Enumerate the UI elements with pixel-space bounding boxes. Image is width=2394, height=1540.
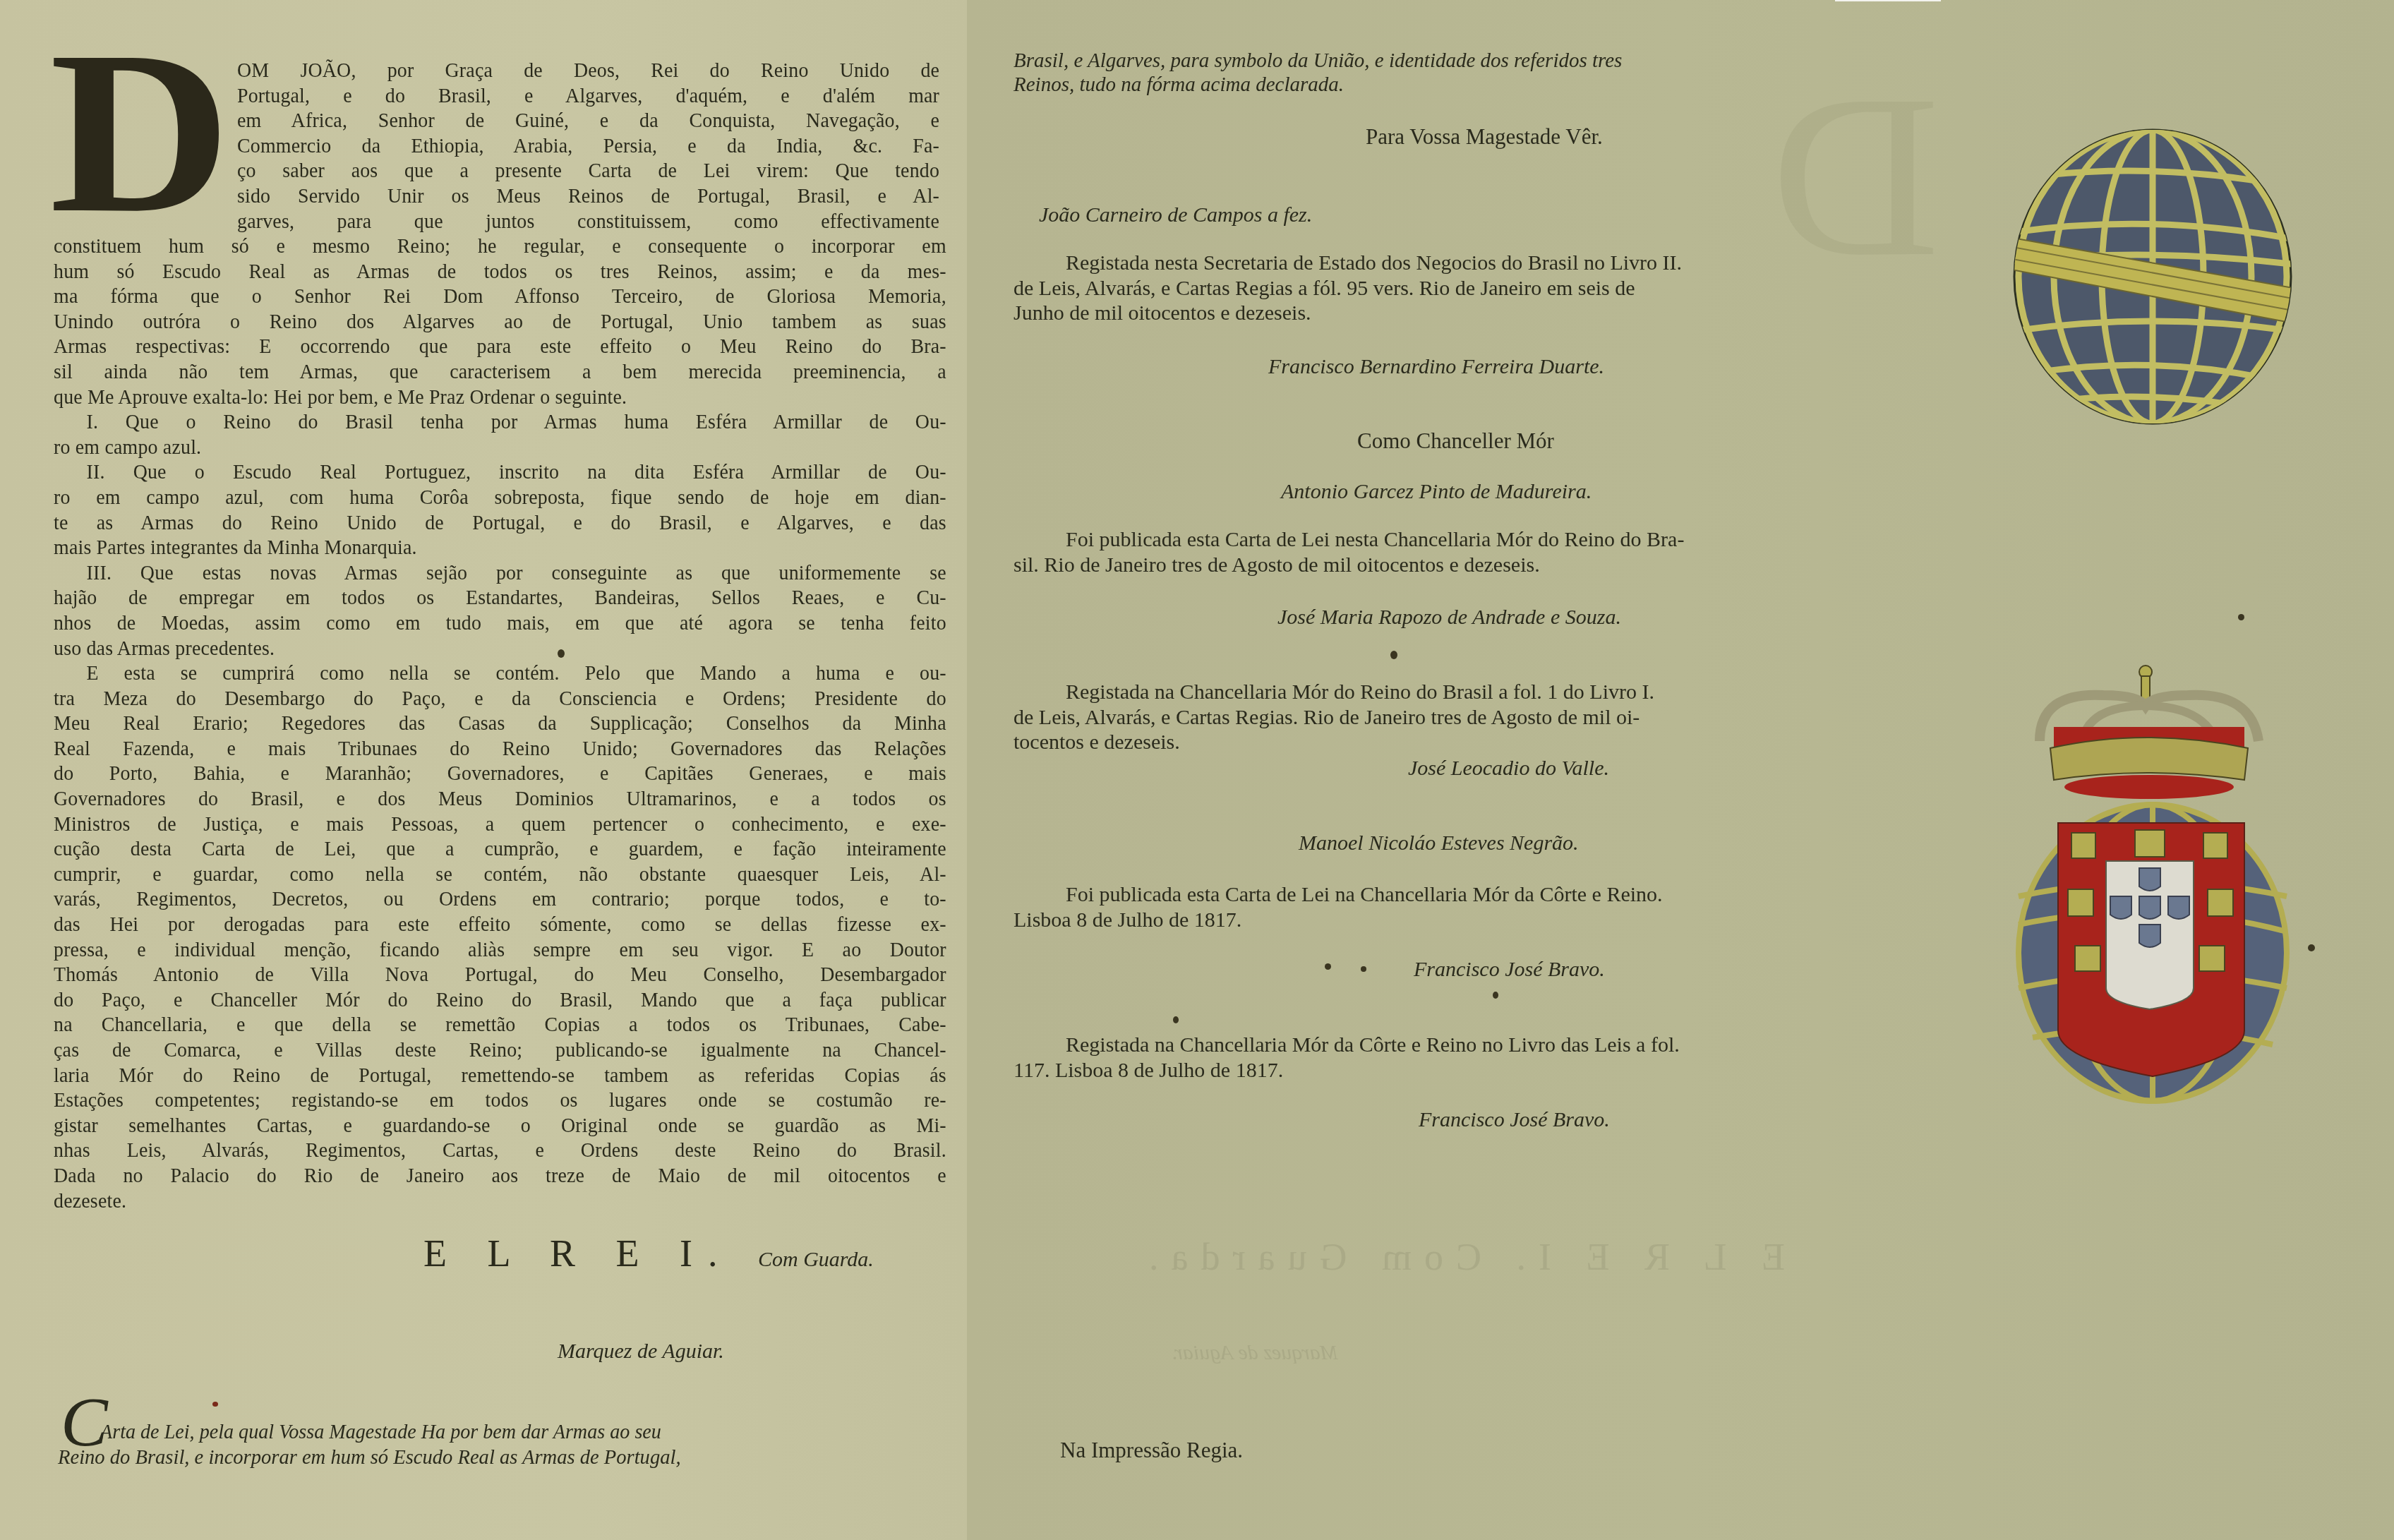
text-line: cução desta Carta de Lei, que a cumprão,… xyxy=(54,836,946,862)
signature-minister: Marquez de Aguiar. xyxy=(558,1340,724,1364)
para-vossa-magestade: Para Vossa Magestade Vêr. xyxy=(1366,124,1603,150)
text-line: tocentos e dezeseis. xyxy=(1013,730,1654,755)
footer-title-line2: Reino do Brasil, e incorporar em hum só … xyxy=(58,1446,681,1469)
text-line: que Me Aprouve exalta-lo: Hei por bem, e… xyxy=(54,385,946,410)
text-line: 117. Lisboa 8 de Julho de 1817. xyxy=(1013,1058,1680,1083)
bleed-through-elrei: E L R E I. Com Guarda. xyxy=(1136,1235,1785,1279)
text-line: hajão de empregar em todos os Estandarte… xyxy=(54,585,946,610)
text-line: nhos de Moedas, assim como em tudo mais,… xyxy=(54,610,946,636)
text-line: varás, Regimentos, Decretos, ou Ordens e… xyxy=(54,886,946,912)
registration-3: Registada na Chancellaria Mór da Côrte e… xyxy=(1013,1033,1680,1083)
text-line: Armas respectivas: E occorrendo que para… xyxy=(54,334,946,359)
text-line: Commercio da Ethiopia, Arabia, Persia, e… xyxy=(237,133,939,159)
ink-speck xyxy=(2238,614,2244,620)
text-line: gistar semelhantes Cartas, e guardando-s… xyxy=(54,1113,946,1138)
text-line: Foi publicada esta Carta de Lei nesta Ch… xyxy=(1013,527,1684,553)
continuation-line2: Reinos, tudo na fórma acima declarada. xyxy=(1013,73,1344,97)
printer-imprint: Na Impressão Regia. xyxy=(1060,1438,1243,1463)
crown-icon xyxy=(2040,666,2258,799)
text-line: cumprir, e guardar, como nella se contém… xyxy=(54,862,946,887)
body-text: constituem hum só e mesmo Reino; he regu… xyxy=(54,234,946,1213)
publication-2: Foi publicada esta Carta de Lei na Chanc… xyxy=(1013,882,1663,932)
text-line: pressa, e individual menção, ficando ali… xyxy=(54,937,946,963)
text-line: sil. Rio de Janeiro tres de Agosto de mi… xyxy=(1013,553,1684,578)
text-line: ço saber aos que a presente Carta de Lei… xyxy=(237,158,939,184)
signature-ferreira-duarte: Francisco Bernardino Ferreira Duarte. xyxy=(1268,355,1604,379)
text-line: Ministros de Justiça, e mais Pessoas, a … xyxy=(54,812,946,837)
signature-jose-bravo-2: Francisco José Bravo. xyxy=(1419,1108,1610,1132)
text-line: garves, para que juntos constituissem, c… xyxy=(237,209,939,234)
ink-speck xyxy=(1390,651,1397,659)
signature-rapozo-souza: José Maria Rapozo de Andrade e Souza. xyxy=(1277,606,1621,630)
text-line: uso das Armas precedentes. xyxy=(54,636,946,661)
text-line: de Leis, Alvarás, e Cartas Regias. Rio d… xyxy=(1013,705,1654,730)
text-line: sido Servido Unir os Meus Reinos de Port… xyxy=(237,184,939,209)
scribe-line: João Carneiro de Campos a fez. xyxy=(1039,203,1312,227)
ink-speck xyxy=(1361,966,1366,972)
publication-1: Foi publicada esta Carta de Lei nesta Ch… xyxy=(1013,527,1684,577)
text-line: dezesete. xyxy=(54,1189,946,1214)
ink-speck xyxy=(558,649,565,658)
ink-speck xyxy=(1173,1016,1179,1023)
ink-speck-red xyxy=(212,1402,218,1407)
text-line: E esta se cumprirá como nella se contém.… xyxy=(54,661,946,686)
text-line: ro em campo azul. xyxy=(54,435,946,460)
text-line: Governadores do Brasil, e dos Meus Domin… xyxy=(54,786,946,812)
text-line: laria Mór do Reino de Portugal, remetten… xyxy=(54,1063,946,1088)
text-line: mais Partes integrantes da Minha Monarqu… xyxy=(54,535,946,560)
text-line: hum só Escudo Real as Armas de todos os … xyxy=(54,259,946,284)
elrei-text: E L R E I. xyxy=(423,1232,733,1275)
text-line: tra Meza do Desembargo do Paço, e da Con… xyxy=(54,686,946,711)
ink-speck xyxy=(1493,992,1498,999)
crowned-royal-arms-illustration xyxy=(2011,656,2322,1122)
armillary-sphere-illustration xyxy=(2004,120,2301,431)
bleed-through-drop-cap: D xyxy=(1772,85,1939,268)
registration-1: Registada nesta Secretaria de Estado dos… xyxy=(1013,251,1682,326)
ink-speck xyxy=(1325,963,1331,970)
text-line: III. Que estas novas Armas sejão por con… xyxy=(54,560,946,586)
text-line: constituem hum só e mesmo Reino; he regu… xyxy=(54,234,946,259)
text-line: Foi publicada esta Carta de Lei na Chanc… xyxy=(1013,882,1663,908)
text-line: ma fórma que o Senhor Rei Dom Affonso Te… xyxy=(54,284,946,309)
signature-king: E L R E I. Com Guarda. xyxy=(423,1232,874,1275)
text-line: Lisboa 8 de Julho de 1817. xyxy=(1013,908,1663,933)
como-chanceller-mor: Como Chanceller Mór xyxy=(1357,428,1554,454)
continuation-line1: Brasil, e Algarves, para symbolo da Uniã… xyxy=(1013,49,1622,73)
signature-esteves-negrao: Manoel Nicoláo Esteves Negrão. xyxy=(1299,831,1579,855)
text-line: sil ainda não tem Armas, que caracterise… xyxy=(54,359,946,385)
text-line: Dada no Palacio do Rio de Janeiro aos tr… xyxy=(54,1163,946,1189)
text-line: Real Fazenda, e mais Tribunaes do Reino … xyxy=(54,736,946,762)
com-guarda: Com Guarda. xyxy=(758,1248,874,1271)
footer-title-line1: Arta de Lei, pela qual Vossa Magestade H… xyxy=(100,1421,661,1444)
text-line: Estações competentes; registando-se em t… xyxy=(54,1088,946,1113)
registration-2: Registada na Chancellaria Mór do Reino d… xyxy=(1013,680,1654,755)
text-line: em Africa, Senhor de Guiné, e da Conquis… xyxy=(237,108,939,133)
text-line: na Chancellaria, e que della se remettão… xyxy=(54,1012,946,1037)
text-line: OM JOÃO, por Graça de Deos, Rei do Reino… xyxy=(237,58,939,83)
signature-jose-bravo-1: Francisco José Bravo. xyxy=(1414,958,1605,982)
text-line: Portugal, e do Brasil, e Algarves, d'aqu… xyxy=(237,83,939,109)
text-line: Registada nesta Secretaria de Estado dos… xyxy=(1013,251,1682,276)
text-line: I. Que o Reino do Brasil tenha por Armas… xyxy=(54,409,946,435)
text-line: Registada na Chancellaria Mór do Reino d… xyxy=(1013,680,1654,705)
text-line: Meu Real Erario; Regedores das Casas da … xyxy=(54,711,946,736)
drop-cap: D xyxy=(49,41,231,224)
text-line: ças de Comarca, e Villas deste Reino; pu… xyxy=(54,1037,946,1063)
text-line: Junho de mil oitocentos e dezeseis. xyxy=(1013,301,1682,326)
signature-leocadio-valle: José Leocadio do Valle. xyxy=(1408,757,1609,781)
signature-garcez-pinto: Antonio Garcez Pinto de Madureira. xyxy=(1281,480,1592,504)
bleed-through-marquez: Marquez de Aguiar. xyxy=(1172,1341,1338,1365)
scan-edge xyxy=(1835,0,1941,1)
opening-block: OM JOÃO, por Graça de Deos, Rei do Reino… xyxy=(237,58,939,234)
text-line: Thomás Antonio de Villa Nova Portugal, d… xyxy=(54,962,946,987)
text-line: do Porto, Bahia, e Maranhão; Governadore… xyxy=(54,761,946,786)
text-line: Unindo outróra o Reino dos Algarves ao d… xyxy=(54,309,946,335)
text-line: das Hei por derogadas para este effeito … xyxy=(54,912,946,937)
text-line: II. Que o Escudo Real Portuguez, inscrit… xyxy=(54,459,946,485)
text-line: te as Armas do Reino Unido de Portugal, … xyxy=(54,510,946,536)
text-line: de Leis, Alvarás, e Cartas Regias a fól.… xyxy=(1013,276,1682,301)
text-line: do Paço, e Chanceller Mór do Reino do Br… xyxy=(54,987,946,1013)
text-line: nhas Leis, Alvarás, Regimentos, Cartas, … xyxy=(54,1138,946,1163)
text-line: Registada na Chancellaria Mór da Côrte e… xyxy=(1013,1033,1680,1058)
text-line: ro em campo azul, com huma Corôa sobrepo… xyxy=(54,485,946,510)
